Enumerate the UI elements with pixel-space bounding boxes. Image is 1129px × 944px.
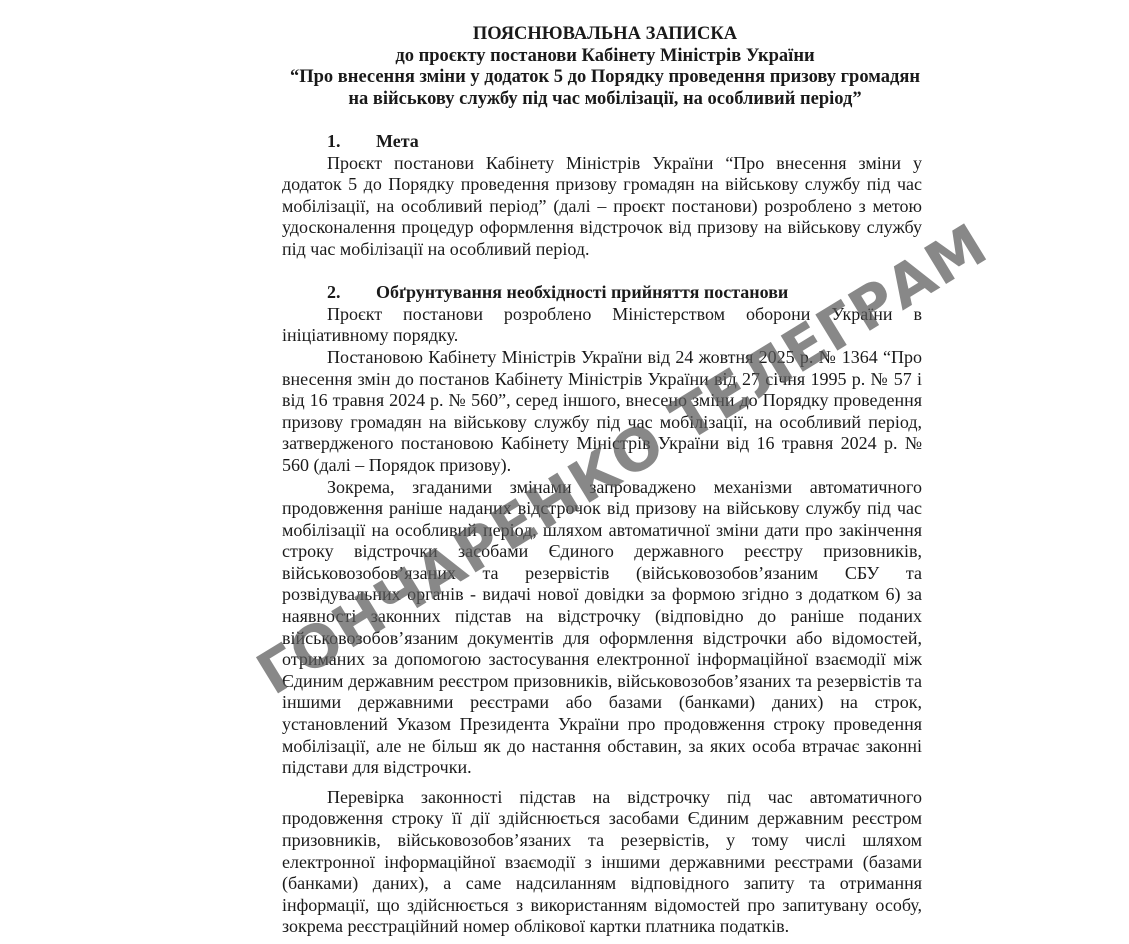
paragraph: Постановою Кабінету Міністрів України ві… xyxy=(282,347,922,477)
paragraph: Перевірка законності підстав на відстроч… xyxy=(282,787,922,938)
section-number: 1. xyxy=(327,131,376,153)
paragraph: Проєкт постанови Кабінету Міністрів Укра… xyxy=(282,153,922,261)
section-title: Обґрунтування необхідності прийняття пос… xyxy=(376,282,788,302)
document-subtitle: до проєкту постанови Кабінету Міністрів … xyxy=(230,46,980,68)
section-heading-goal: 1.Мета xyxy=(282,131,922,153)
document-header: ПОЯСНЮВАЛЬНА ЗАПИСКА до проєкту постанов… xyxy=(230,24,980,110)
spacer xyxy=(282,261,922,283)
section-heading-justification: 2.Обґрунтування необхідності прийняття п… xyxy=(282,282,922,304)
paragraph: Проєкт постанови розроблено Міністерство… xyxy=(282,304,922,347)
document-quote-line-2: на військову службу під час мобілізації,… xyxy=(230,89,980,111)
paragraph: Зокрема, згаданими змінами запроваджено … xyxy=(282,477,922,779)
document-quote-line-1: “Про внесення зміни у додаток 5 до Поряд… xyxy=(230,67,980,89)
section-number: 2. xyxy=(327,282,376,304)
document-title: ПОЯСНЮВАЛЬНА ЗАПИСКА xyxy=(230,24,980,46)
spacer xyxy=(282,779,922,787)
document-body: 1.Мета Проєкт постанови Кабінету Міністр… xyxy=(282,131,922,938)
document-page: ПОЯСНЮВАЛЬНА ЗАПИСКА до проєкту постанов… xyxy=(0,0,1129,944)
section-title: Мета xyxy=(376,131,419,151)
